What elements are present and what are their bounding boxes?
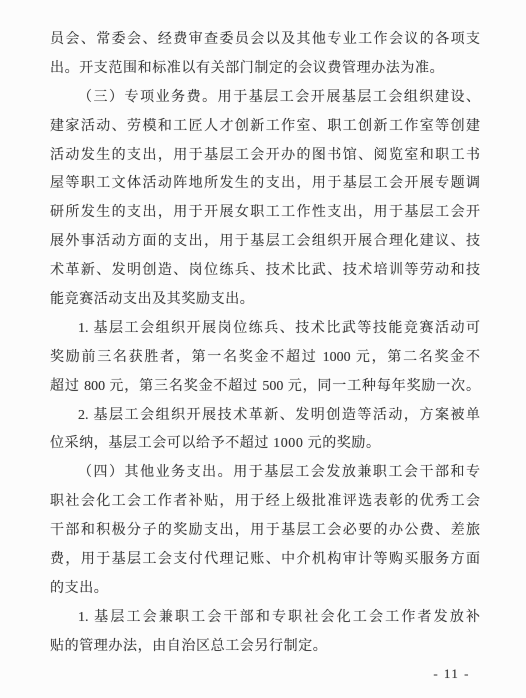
text-line: 干部和积极分子的奖励支出，用于基层工会必要的办公费、差旅	[50, 517, 480, 546]
text-line: 职社会化工会工作者补贴，用于经上级批准评选表彰的优秀工会	[50, 488, 480, 517]
text-line: 活动发生的支出，用于基层工会开办的图书馆、阅览室和职工书	[50, 142, 480, 171]
document-text-block: 员会、常委会、经费审查委员会以及其他专业工作会议的各项支出。开支范围和标准以有关…	[50, 26, 480, 662]
page-number: - 11 -	[433, 666, 470, 682]
document-page: 员会、常委会、经费审查委员会以及其他专业工作会议的各项支出。开支范围和标准以有关…	[0, 0, 526, 698]
text-line: （四）其他业务支出。用于基层工会发放兼职工会干部和专	[50, 459, 480, 488]
text-line: 屋等职工文体活动阵地所发生的支出，用于基层工会开展专题调	[50, 170, 480, 199]
text-line: 1. 基层工会兼职工会干部和专职社会化工会工作者发放补	[50, 604, 480, 633]
text-line: 2. 基层工会组织开展技术革新、发明创造等活动，方案被单	[50, 402, 480, 431]
text-line: 员会、常委会、经费审查委员会以及其他专业工作会议的各项支	[50, 26, 480, 55]
text-line: 出。开支范围和标准以有关部门制定的会议费管理办法为准。	[50, 55, 480, 84]
text-line: 的支出。	[50, 575, 480, 604]
text-line: 研所发生的支出，用于开展女职工工作性支出，用于基层工会开	[50, 199, 480, 228]
text-line: 术革新、发明创造、岗位练兵、技术比武、技术培训等劳动和技	[50, 257, 480, 286]
text-line: 位采纳，基层工会可以给予不超过 1000 元的奖励。	[50, 430, 480, 459]
text-line: 1. 基层工会组织开展岗位练兵、技术比武等技能竞赛活动可	[50, 315, 480, 344]
text-line: 建家活动、劳模和工匠人才创新工作室、职工创新工作室等创建	[50, 113, 480, 142]
text-line: 展外事活动方面的支出，用于基层工会组织开展合理化建议、技	[50, 228, 480, 257]
text-line: 贴的管理办法，由自治区总工会另行制定。	[50, 633, 480, 662]
text-line: 费，用于基层工会支付代理记账、中介机构审计等购买服务方面	[50, 546, 480, 575]
text-line: 超过 800 元，第三名奖金不超过 500 元，同一工种每年奖励一次。	[50, 373, 480, 402]
text-line: （三）专项业务费。用于基层工会开展基层工会组织建设、	[50, 84, 480, 113]
text-line: 奖励前三名获胜者，第一名奖金不超过 1000 元，第二名奖金不	[50, 344, 480, 373]
text-line: 能竞赛活动支出及其奖励支出。	[50, 286, 480, 315]
